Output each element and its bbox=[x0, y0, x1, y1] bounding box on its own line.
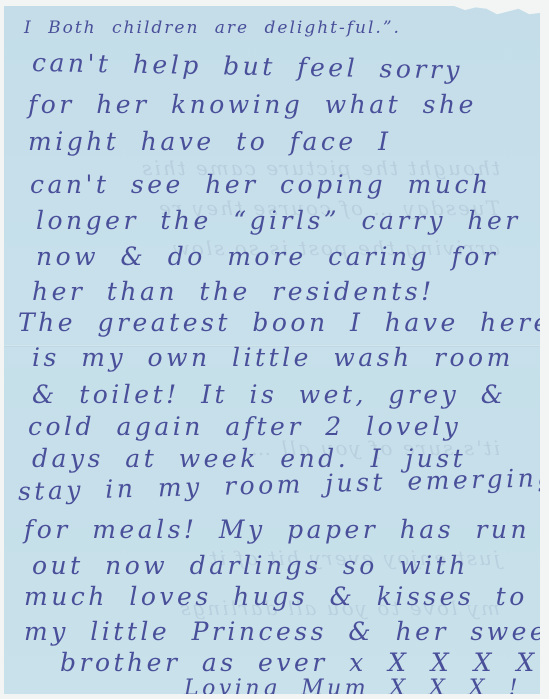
letter-line-16: out now darlings so with bbox=[32, 553, 469, 578]
letter-line-11: & toilet! It is wet, grey & bbox=[32, 382, 506, 407]
letter-line-7: now & do more caring for bbox=[36, 244, 498, 269]
letter-paper: thought the picture came this Tuesday … … bbox=[4, 6, 540, 694]
letter-line-1: I Both children are delight-ful.”. bbox=[24, 20, 401, 37]
letter-signature: Loving Mum X X X ! bbox=[184, 678, 521, 699]
letter-line-2: can't help but feel sorry bbox=[32, 50, 463, 83]
letter-line-12: cold again after 2 lovely bbox=[28, 414, 461, 439]
letter-line-8: her than the residents! bbox=[32, 279, 435, 304]
letter-line-4: might have to face I bbox=[28, 129, 392, 154]
letter-line-15: for meals! My paper has run bbox=[24, 517, 530, 542]
letter-line-19: brother as ever x X X X X bbox=[60, 650, 538, 675]
letter-line-9: The greatest boon I have here bbox=[18, 310, 549, 335]
letter-line-17: much loves hugs & kisses to bbox=[24, 584, 528, 609]
letter-line-5: can't see her coping much bbox=[30, 172, 492, 197]
letter-line-10: is my own little wash room bbox=[32, 345, 514, 370]
letter-line-6: longer the “girls” carry her bbox=[36, 208, 521, 233]
letter-line-18: my little Princess & her sweet bbox=[24, 619, 549, 644]
letter-line-3: for her knowing what she bbox=[28, 92, 477, 117]
